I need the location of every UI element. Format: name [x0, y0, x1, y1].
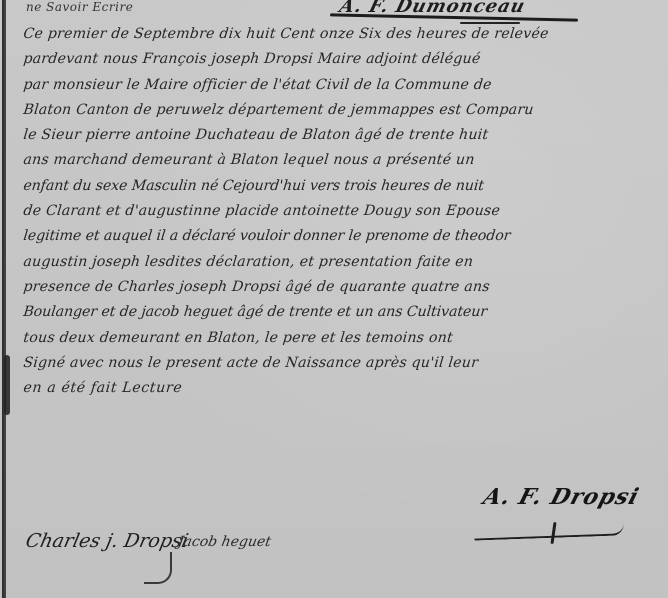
record-line: le Sieur pierre antoine Duchateau de Bla… [22, 123, 665, 148]
record-line: Signé avec nous le present acte de Naiss… [22, 351, 665, 376]
record-line: en a été fait Lecture [22, 376, 665, 401]
signature-official: A. F. Dropsi [480, 484, 642, 510]
signature-flourish [144, 552, 172, 584]
left-margin-rule [2, 0, 6, 598]
record-line: augustin joseph lesdites déclaration, et… [22, 250, 665, 275]
record-line: legitime et auquel il a déclaré vouloir … [22, 224, 665, 249]
record-line: Blaton Canton de peruwelz département de… [22, 98, 665, 123]
record-line: ans marchand demeurant à Blaton lequel n… [22, 148, 665, 173]
record-line: enfant du sexe Masculin né Cejourd'hui v… [22, 174, 665, 199]
record-line: Boulanger et de jacob heguet âgé de tren… [22, 300, 665, 325]
record-body: Ce premier de Septembre dix huit Cent on… [22, 22, 662, 401]
record-line: par monsieur le Maire officier de l'état… [22, 73, 665, 98]
signature-charles-dropsi: Charles j. Dropsi [24, 530, 191, 552]
record-line: presence de Charles joseph Dropsi âgé de… [22, 275, 665, 300]
signature-jacob-heguet: Jacob heguet [177, 534, 273, 550]
witness-signatures: Charles j. Dropsi Jacob heguet [26, 530, 426, 580]
record-line: de Clarant et d'augustinne placide antoi… [22, 199, 665, 224]
margin-ink-blot [4, 355, 10, 415]
header-previous-entry-text: ne Savoir Ecrire [26, 0, 133, 22]
record-line: pardevant nous François joseph Dropsi Ma… [22, 47, 665, 72]
record-line: Ce premier de Septembre dix huit Cent on… [22, 22, 665, 47]
record-line: tous deux demeurant en Blaton, le pere e… [22, 326, 665, 351]
